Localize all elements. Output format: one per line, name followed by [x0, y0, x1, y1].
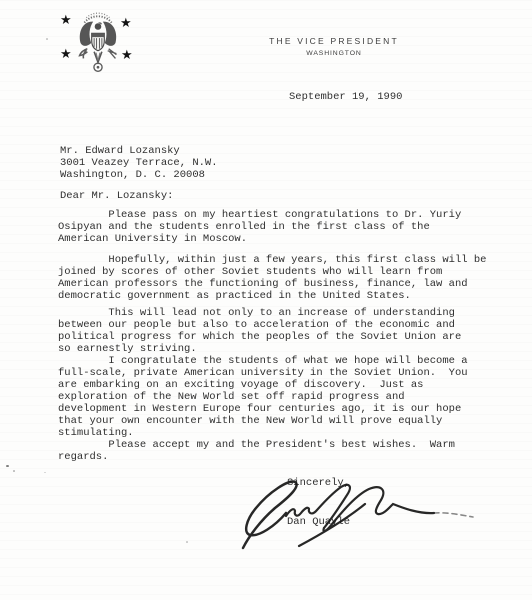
vice-president-seal: ★ ★ ★ ★	[54, 6, 144, 78]
body-paragraph: Hopefully, within just a few years, this…	[58, 254, 486, 302]
eagle-icon	[73, 10, 123, 74]
scan-speck	[186, 541, 188, 543]
scan-speck	[44, 472, 46, 473]
scan-speck	[6, 465, 9, 467]
scan-speck	[46, 38, 48, 40]
recipient-name: Mr. Edward Lozansky	[60, 145, 180, 157]
letterhead: THE VICE PRESIDENT WASHINGTON	[244, 36, 424, 57]
recipient-city: Washington, D. C. 20008	[60, 169, 205, 181]
salutation: Dear Mr. Lozansky:	[60, 190, 173, 202]
letter-date: September 19, 1990	[289, 91, 402, 103]
body-paragraph: This will lead not only to an increase o…	[58, 307, 461, 355]
body-paragraph: I congratulate the students of what we h…	[58, 355, 468, 439]
letterhead-subtitle: WASHINGTON	[244, 50, 424, 57]
handwritten-signature	[235, 466, 480, 561]
typed-signature-name: Dan Quayle	[287, 516, 350, 528]
recipient-address: Mr. Edward Lozansky 3001 Veazey Terrace,…	[60, 145, 218, 181]
valediction: Sincerely,	[287, 477, 350, 489]
recipient-street: 3001 Veazey Terrace, N.W.	[60, 157, 218, 169]
seal-star-icon: ★	[60, 48, 72, 61]
body-paragraph: Please accept my and the President's bes…	[58, 439, 455, 463]
seal-star-icon: ★	[60, 14, 72, 27]
scanned-letter-page: ★ ★ ★ ★	[0, 0, 532, 600]
letterhead-title: THE VICE PRESIDENT	[244, 36, 424, 46]
body-paragraph: Please pass on my heartiest congratulati…	[58, 209, 461, 245]
scan-speck	[13, 470, 15, 472]
